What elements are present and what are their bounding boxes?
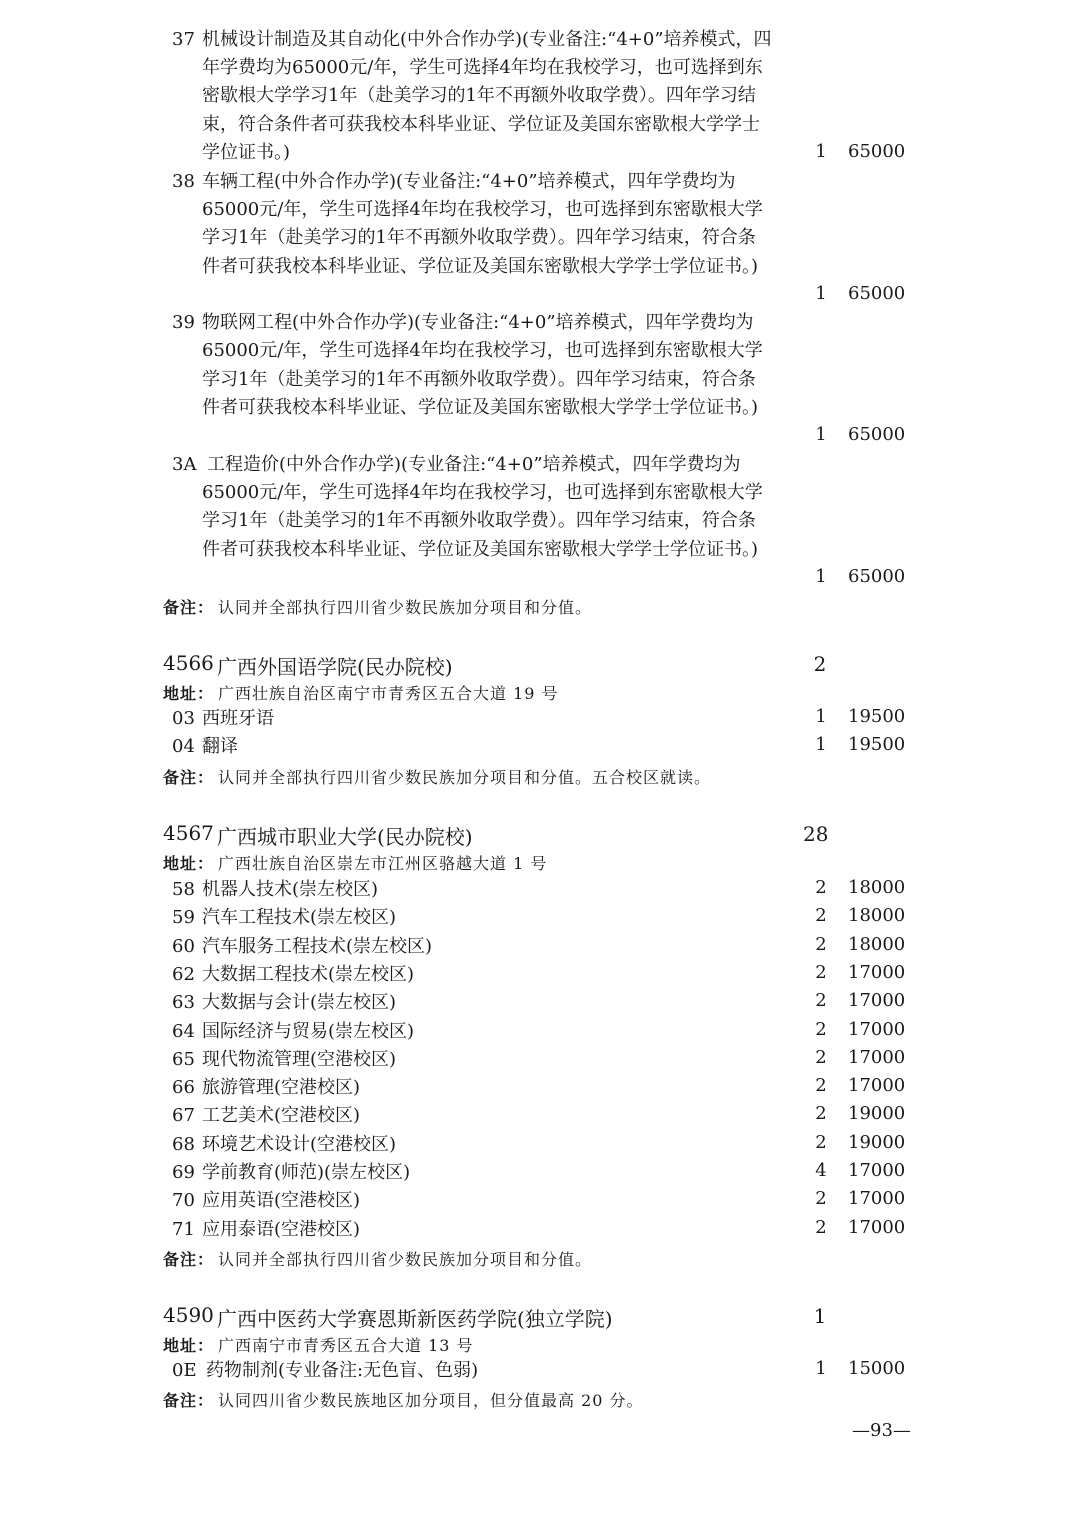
school-code: 4567 <box>163 821 214 845</box>
quota: 1 <box>811 283 831 304</box>
address-label: 地址： <box>163 851 214 874</box>
school-code: 4566 <box>163 651 214 675</box>
quota: 2 <box>811 1188 831 1209</box>
note-text: 认同并全部执行四川省少数民族加分项目和分值。 <box>218 1247 592 1270</box>
school-name: 广西城市职业大学(民办院校) <box>217 821 473 850</box>
entry-line: 件者可获我校本科毕业证、学位证及美国东密歇根大学学士学位证书。) <box>202 394 758 422</box>
note-label: 备注： <box>163 595 214 618</box>
tuition: 19000 <box>848 1132 905 1153</box>
quota: 2 <box>811 1019 831 1040</box>
quota: 1 <box>811 734 831 755</box>
address: 广西壮族自治区南宁市青秀区五合大道 19 号 <box>218 681 559 704</box>
address: 广西南宁市青秀区五合大道 13 号 <box>218 1333 474 1356</box>
entry-code: 66 <box>172 1074 195 1102</box>
entry-name: 应用泰语(空港校区) <box>202 1216 360 1244</box>
tuition: 17000 <box>848 1075 905 1096</box>
entry-code: 60 <box>172 933 195 961</box>
entry-line: 件者可获我校本科毕业证、学位证及美国东密歇根大学学士学位证书。) <box>202 536 758 564</box>
entry-code: 71 <box>172 1216 195 1244</box>
entry-line: 束，符合条件者可获我校本科毕业证、学位证及美国东密歇根大学学士 <box>202 111 760 139</box>
entry-name: 现代物流管理(空港校区) <box>202 1046 396 1074</box>
entry-line: 65000元/年，学生可选择4年均在我校学习，也可选择到东密歇根大学 <box>202 479 763 507</box>
entry-line: 物联网工程(中外合作办学)(专业备注:“4+0”培养模式，四年学费均为 <box>202 309 754 337</box>
tuition: 17000 <box>848 990 905 1011</box>
entry-code: 38 <box>172 168 195 196</box>
quota: 2 <box>811 1075 831 1096</box>
tuition: 65000 <box>848 566 905 587</box>
tuition: 65000 <box>848 424 905 445</box>
quota: 4 <box>811 1160 831 1181</box>
tuition: 17000 <box>848 1188 905 1209</box>
entry-code: 70 <box>172 1187 195 1215</box>
quota: 2 <box>811 1132 831 1153</box>
entry-name: 西班牙语 <box>202 705 274 733</box>
entry-code: 0E <box>172 1357 197 1385</box>
tuition: 17000 <box>848 1047 905 1068</box>
note-label: 备注： <box>163 1247 214 1270</box>
entry-code: 62 <box>172 961 195 989</box>
tuition: 18000 <box>848 905 905 926</box>
entry-code: 64 <box>172 1018 195 1046</box>
note-text: 认同并全部执行四川省少数民族加分项目和分值。五合校区就读。 <box>218 765 711 788</box>
entry-code: 68 <box>172 1131 195 1159</box>
note-label: 备注： <box>163 765 214 788</box>
entry-code: 39 <box>172 309 195 337</box>
school-total: 2 <box>810 652 830 676</box>
tuition: 18000 <box>848 934 905 955</box>
entry-line: 65000元/年，学生可选择4年均在我校学习，也可选择到东密歇根大学 <box>202 196 763 224</box>
tuition: 18000 <box>848 877 905 898</box>
tuition: 17000 <box>848 1019 905 1040</box>
note-text: 认同并全部执行四川省少数民族加分项目和分值。 <box>218 595 592 618</box>
tuition: 17000 <box>848 1217 905 1238</box>
quota: 2 <box>811 1217 831 1238</box>
entry-code: 58 <box>172 876 195 904</box>
school-total: 1 <box>810 1304 830 1328</box>
quota: 2 <box>811 990 831 1011</box>
entry-line: 学习1年（赴美学习的1年不再额外收取学费）。四年学习结束，符合条 <box>202 224 756 252</box>
quota: 1 <box>811 566 831 587</box>
entry-code: 04 <box>172 733 195 761</box>
entry-name: 国际经济与贸易(崇左校区) <box>202 1018 414 1046</box>
quota: 2 <box>811 934 831 955</box>
entry-code: 67 <box>172 1102 195 1130</box>
entry-name: 药物制剂(专业备注:无色盲、色弱) <box>206 1357 478 1385</box>
school-code: 4590 <box>163 1303 214 1327</box>
entry-name: 学前教育(师范)(崇左校区) <box>202 1159 410 1187</box>
tuition: 65000 <box>848 141 905 162</box>
quota: 2 <box>811 1103 831 1124</box>
entry-line: 学习1年（赴美学习的1年不再额外收取学费）。四年学习结束，符合条 <box>202 366 756 394</box>
quota: 1 <box>811 424 831 445</box>
entry-code: 59 <box>172 904 195 932</box>
entry-code: 69 <box>172 1159 195 1187</box>
note-text: 认同四川省少数民族地区加分项目，但分值最高 20 分。 <box>218 1388 644 1411</box>
address: 广西壮族自治区崇左市江州区骆越大道 1 号 <box>218 851 547 874</box>
entry-name: 大数据工程技术(崇左校区) <box>202 961 414 989</box>
entry-line: 机械设计制造及其自动化(中外合作办学)(专业备注:“4+0”培养模式，四 <box>202 26 772 54</box>
address-label: 地址： <box>163 681 214 704</box>
entry-name: 汽车工程技术(崇左校区) <box>202 904 396 932</box>
entry-code: 65 <box>172 1046 195 1074</box>
quota: 1 <box>811 706 831 727</box>
school-name: 广西中医药大学赛恩斯新医药学院(独立学院) <box>217 1303 613 1332</box>
entry-name: 环境艺术设计(空港校区) <box>202 1131 396 1159</box>
tuition: 15000 <box>848 1358 905 1379</box>
school-name: 广西外国语学院(民办院校) <box>217 651 453 680</box>
quota: 2 <box>811 877 831 898</box>
entry-line: 件者可获我校本科毕业证、学位证及美国东密歇根大学学士学位证书。) <box>202 253 758 281</box>
quota: 1 <box>811 1358 831 1379</box>
entry-line: 车辆工程(中外合作办学)(专业备注:“4+0”培养模式，四年学费均为 <box>202 168 736 196</box>
entry-name: 翻译 <box>202 733 238 761</box>
address-label: 地址： <box>163 1333 214 1356</box>
entry-code: 3A <box>172 451 196 479</box>
tuition: 19500 <box>848 734 905 755</box>
tuition: 19500 <box>848 706 905 727</box>
tuition: 19000 <box>848 1103 905 1124</box>
entry-name: 应用英语(空港校区) <box>202 1187 360 1215</box>
entry-name: 大数据与会计(崇左校区) <box>202 989 396 1017</box>
entry-name: 旅游管理(空港校区) <box>202 1074 360 1102</box>
entry-line: 学习1年（赴美学习的1年不再额外收取学费）。四年学习结束，符合条 <box>202 507 756 535</box>
entry-name: 机器人技术(崇左校区) <box>202 876 378 904</box>
entry-line: 密歇根大学学习1年（赴美学习的1年不再额外收取学费）。四年学习结 <box>202 82 756 110</box>
page-number: —93— <box>852 1420 911 1441</box>
entry-code: 37 <box>172 26 195 54</box>
entry-line: 学位证书。) <box>202 139 290 167</box>
quota: 2 <box>811 962 831 983</box>
entry-line: 工程造价(中外合作办学)(专业备注:“4+0”培养模式，四年学费均为 <box>207 451 741 479</box>
quota: 1 <box>811 141 831 162</box>
entry-code: 03 <box>172 705 195 733</box>
quota: 2 <box>811 1047 831 1068</box>
quota: 2 <box>811 905 831 926</box>
entry-line: 年学费均为65000元/年，学生可选择4年均在我校学习，也可选择到东 <box>202 54 763 82</box>
school-total: 28 <box>803 822 828 846</box>
entry-name: 工艺美术(空港校区) <box>202 1102 360 1130</box>
tuition: 65000 <box>848 283 905 304</box>
entry-name: 汽车服务工程技术(崇左校区) <box>202 933 432 961</box>
entry-line: 65000元/年，学生可选择4年均在我校学习，也可选择到东密歇根大学 <box>202 337 763 365</box>
tuition: 17000 <box>848 1160 905 1181</box>
entry-code: 63 <box>172 989 195 1017</box>
note-label: 备注： <box>163 1388 214 1411</box>
tuition: 17000 <box>848 962 905 983</box>
